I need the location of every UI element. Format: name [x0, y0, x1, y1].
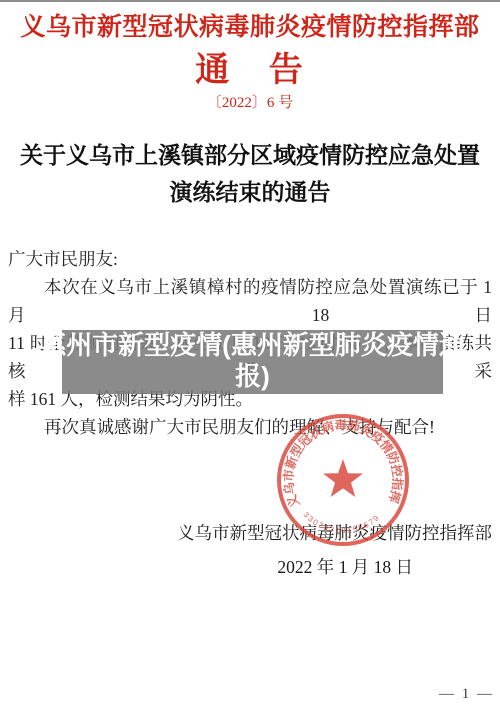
watermark-overlay: 惠州市新型疫情(惠州新型肺炎疫情通 报) [62, 330, 443, 394]
document-type-heading: 通 告 [0, 50, 500, 90]
watermark-text-line2: 报) [235, 361, 270, 392]
letterhead: 义乌市新型冠状病毒肺炎疫情防控指挥部 通 告 〔2022〕6 号 [0, 2, 500, 113]
signature-org: 义乌市新型冠状病毒肺炎疫情防控指挥部 [0, 519, 500, 547]
paragraph2: 再次真诚感谢广大市民朋友们的理解、支持与配合! [8, 413, 492, 441]
signature-block: 义乌市新型冠状病毒肺炎疫情防控指挥部 2022 年 1 月 18 日 [0, 519, 500, 581]
document-title-line1: 关于义乌市上溪镇部分区域疫情防控应急处置 [0, 137, 500, 174]
signature-date: 2022 年 1 月 18 日 [0, 553, 500, 581]
document-number: 〔2022〕6 号 [0, 93, 500, 113]
page-number: — 1 — [439, 686, 494, 703]
document-title-line2: 演练结束的通告 [0, 174, 500, 211]
watermark-text-line1: 惠州市新型疫情(惠州新型肺炎疫情通 [40, 330, 465, 361]
paragraph1-line1: 本次在义乌市上溪镇樟村的疫情防控应急处置演练已于 1 月 18 日 [8, 273, 492, 329]
salutation: 广大市民朋友: [8, 245, 492, 273]
notice-document: 义乌市新型冠状病毒肺炎疫情防控指挥部 通 告 〔2022〕6 号 关于义乌市上溪… [0, 0, 500, 711]
document-title: 关于义乌市上溪镇部分区域疫情防控应急处置 演练结束的通告 [0, 137, 500, 211]
seal-star-icon [323, 459, 363, 497]
issuing-org-title: 义乌市新型冠状病毒肺炎疫情防控指挥部 [0, 10, 500, 44]
